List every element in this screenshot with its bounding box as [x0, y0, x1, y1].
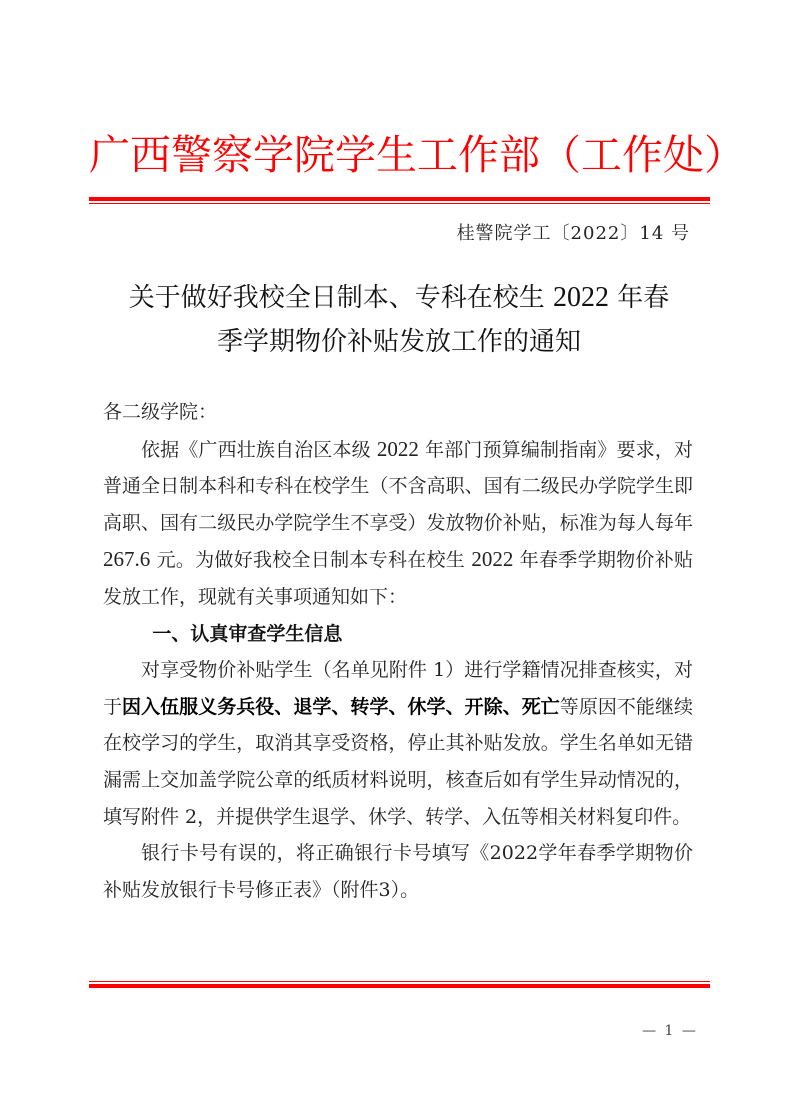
subsidy-amount: 267.6 — [103, 547, 150, 571]
paragraph-text: 依据《广西壮族自治区本级 — [141, 439, 377, 461]
title-text: 年春 — [609, 283, 669, 313]
document-page: 广西警察学院学生工作部（工作处） 桂警院学工〔2022〕14 号 关于做好我校全… — [0, 0, 794, 1108]
page-number: — 1 — — [640, 1023, 700, 1039]
document-body: 各二级学院： 依据《广西壮族自治区本级 2022 年部门预算编制指南》要求，对普… — [103, 394, 693, 908]
footer-rule-thin — [89, 981, 710, 982]
document-number: 桂警院学工〔2022〕14 号 — [400, 221, 690, 247]
paragraph-bank-card: 银行卡号有误的，将正确银行卡号填写《2022学年春季学期物价补贴发放银行卡号修正… — [103, 835, 693, 908]
year-value: 2022 — [471, 547, 513, 571]
footer-rule-thick — [89, 984, 710, 988]
paragraph-review: 对享受物价补贴学生（名单见附件 1）进行学籍情况排查核实，对于因入伍服义务兵役、… — [103, 652, 693, 835]
title-line-1: 关于做好我校全日制本、专科在校生 2022 年春 — [89, 276, 709, 320]
header-rule-thick — [89, 197, 710, 201]
header-rule-thin — [89, 203, 710, 204]
year-value: 2022 — [377, 437, 419, 461]
emphasis-text: 因入伍服义务兵役、退学、转学、休学、开除、死亡 — [122, 696, 560, 718]
document-title: 关于做好我校全日制本、专科在校生 2022 年春 季学期物价补贴发放工作的通知 — [89, 276, 709, 364]
salutation: 各二级学院： — [103, 394, 693, 431]
paragraph-text: 元。为做好我校全日制本专科在校生 — [150, 549, 471, 571]
section-heading-1: 一、认真审查学生信息 — [103, 616, 693, 653]
paragraph-basis: 依据《广西壮族自治区本级 2022 年部门预算编制指南》要求，对普通全日制本科和… — [103, 431, 693, 616]
title-line-2: 季学期物价补贴发放工作的通知 — [89, 320, 709, 364]
title-text: 关于做好我校全日制本、专科在校生 — [129, 283, 553, 313]
masthead-title: 广西警察学院学生工作部（工作处） — [89, 128, 709, 182]
title-year: 2022 — [553, 282, 609, 313]
